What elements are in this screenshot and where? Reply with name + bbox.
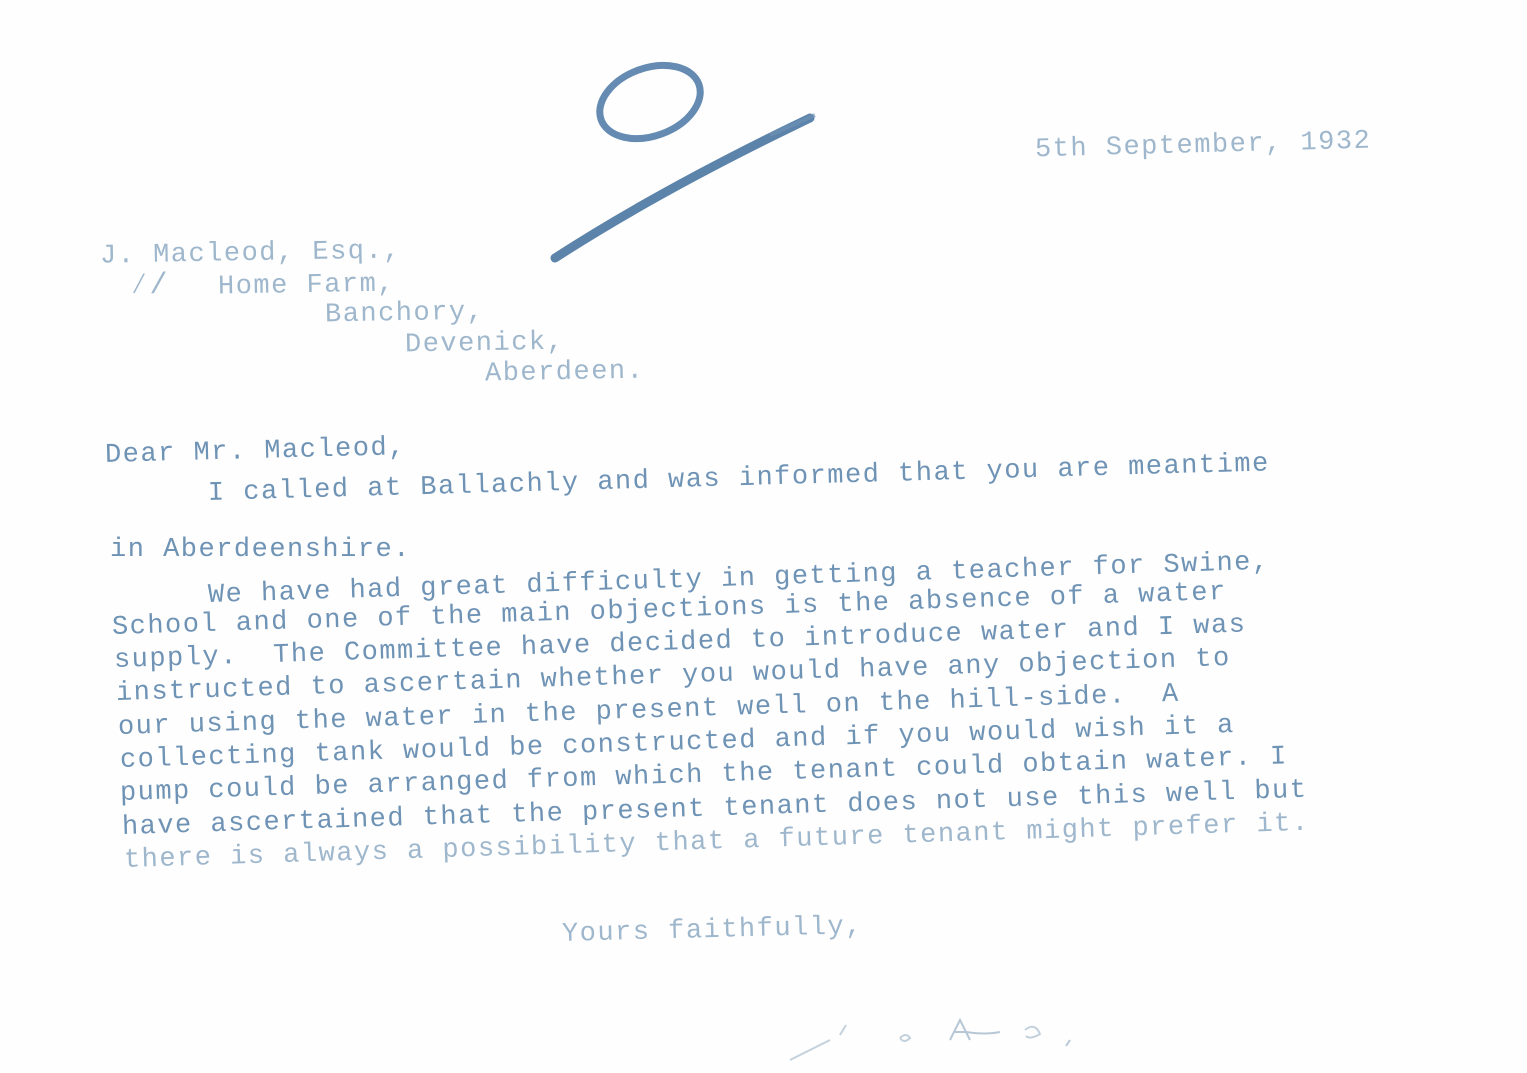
- closing: Yours faithfully,: [562, 911, 864, 951]
- letter-date: 5th September, 1932: [1035, 126, 1372, 167]
- address-line-1: J. Macleod, Esq.,: [100, 235, 401, 272]
- letter-page: 5th September, 1932 J. Macleod, Esq., ⁄/…: [0, 0, 1527, 1073]
- salutation: Dear Mr. Macleod,: [105, 432, 407, 472]
- crayon-annotation-mark: [540, 50, 840, 280]
- margin-slash-mark: ⁄/: [130, 270, 169, 302]
- address-line-4: Devenick,: [405, 327, 565, 362]
- paragraph1-line-2: in Aberdeenshire.: [110, 534, 411, 566]
- signature-scribble: [770, 1010, 1090, 1070]
- address-line-5: Aberdeen.: [485, 356, 645, 391]
- address-line-3: Banchory,: [325, 297, 485, 332]
